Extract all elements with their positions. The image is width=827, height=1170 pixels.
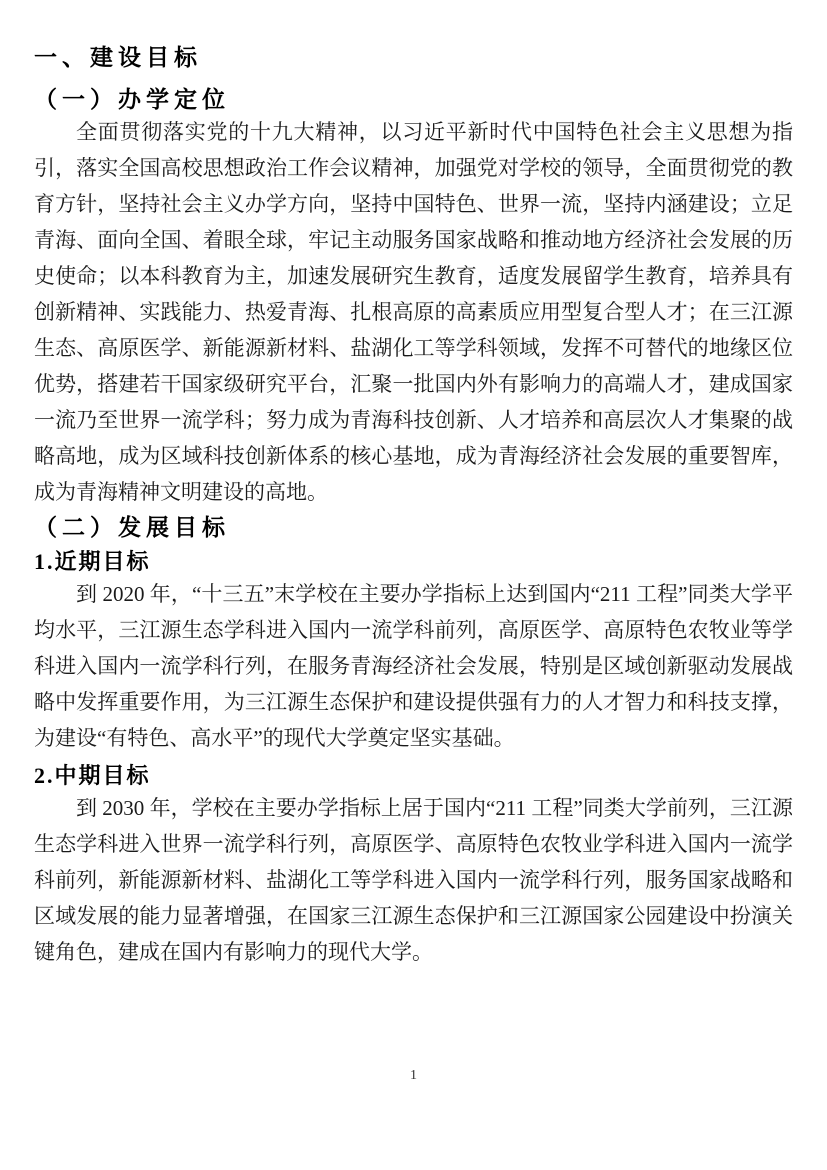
paragraph-near-term-goals: 到 2020 年，“十三五”末学校在主要办学指标上达到国内“211 工程”同类大…	[34, 576, 793, 756]
subsection-heading-development-goals: （二）发展目标	[34, 514, 793, 542]
subheading-near-term-goals: 1.近期目标	[34, 548, 793, 576]
section-heading-construction-goals: 一、建设目标	[34, 44, 793, 72]
page-number: 1	[0, 1068, 827, 1084]
document-page: 一、建设目标 （一）办学定位 全面贯彻落实党的十九大精神，以习近平新时代中国特色…	[0, 0, 827, 1170]
paragraph-mid-term-goals: 到 2030 年，学校在主要办学指标上居于国内“211 工程”同类大学前列，三江…	[34, 790, 793, 970]
subsection-heading-school-positioning: （一）办学定位	[34, 86, 793, 114]
subheading-mid-term-goals: 2.中期目标	[34, 762, 793, 790]
paragraph-school-positioning: 全面贯彻落实党的十九大精神，以习近平新时代中国特色社会主义思想为指引，落实全国高…	[34, 114, 793, 510]
